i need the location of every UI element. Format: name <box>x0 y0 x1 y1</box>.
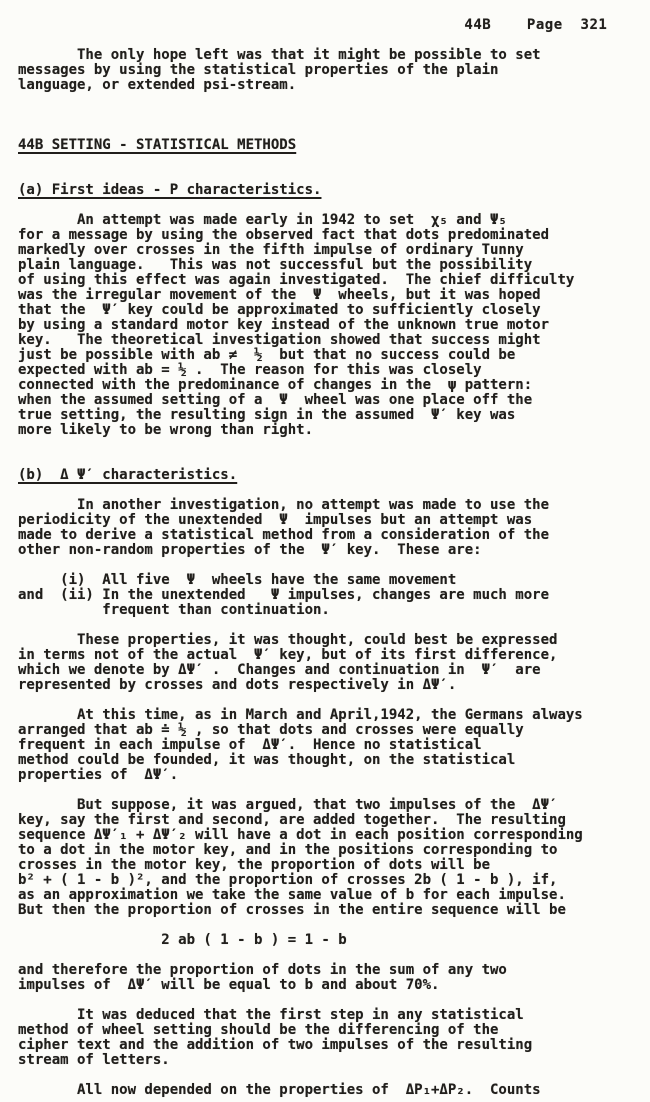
blank-line <box>18 948 650 963</box>
text-line: b² + ( 1 - b )², and the proportion of c… <box>18 873 650 888</box>
equation-line: 2 ab ( 1 - b ) = 1 - b <box>18 933 650 948</box>
blank-line <box>18 198 650 213</box>
blank-line <box>18 558 650 573</box>
blank-line <box>18 618 650 633</box>
text-line: sequence ΔΨ′₁ + ΔΨ′₂ will have a dot in … <box>18 828 650 843</box>
text-line: arranged that ab ≐ ½ , so that dots and … <box>18 723 650 738</box>
text-line: true setting, the resulting sign in the … <box>18 408 650 423</box>
text-line: connected with the predominance of chang… <box>18 378 650 393</box>
text-line: But suppose, it was argued, that two imp… <box>18 798 650 813</box>
section-heading: (a) First ideas - P characteristics. <box>18 183 650 198</box>
text-line: An attempt was made early in 1942 to set… <box>18 213 650 228</box>
text-line: crosses in the motor key, the proportion… <box>18 858 650 873</box>
text-line: messages by using the statistical proper… <box>18 63 650 78</box>
blank-line <box>18 168 650 183</box>
document-body: 44B Page 321 The only hope left was that… <box>18 18 650 1098</box>
text-line: At this time, as in March and April,1942… <box>18 708 650 723</box>
text-line: All now depended on the properties of ΔP… <box>18 1083 650 1098</box>
text-line: key, say the first and second, are added… <box>18 813 650 828</box>
text-line: of using this effect was again investiga… <box>18 273 650 288</box>
text-line: represented by crosses and dots respecti… <box>18 678 650 693</box>
blank-line <box>18 453 650 468</box>
text-line: by using a standard motor key instead of… <box>18 318 650 333</box>
blank-line <box>18 1068 650 1083</box>
blank-line <box>18 918 650 933</box>
document-page: 44B Page 321 The only hope left was that… <box>0 0 650 1102</box>
blank-line <box>18 438 650 453</box>
page-header-line: 44B Page 321 <box>18 18 650 33</box>
blank-line <box>18 108 650 123</box>
text-line: (i) All five Ψ wheels have the same move… <box>18 573 650 588</box>
text-line: frequent than continuation. <box>18 603 650 618</box>
text-line: markedly over crosses in the fifth impul… <box>18 243 650 258</box>
text-line: impulses of ΔΨ′ will be equal to b and a… <box>18 978 650 993</box>
blank-line <box>18 33 650 48</box>
text-line: It was deduced that the first step in an… <box>18 1008 650 1023</box>
blank-line <box>18 783 650 798</box>
text-line: expected with ab = ½ . The reason for th… <box>18 363 650 378</box>
section-heading: 44B SETTING - STATISTICAL METHODS <box>18 138 650 153</box>
text-line: method of wheel setting should be the di… <box>18 1023 650 1038</box>
section-heading: (b) Δ Ψ′ characteristics. <box>18 468 650 483</box>
text-line: in terms not of the actual Ψ′ key, but o… <box>18 648 650 663</box>
text-line: The only hope left was that it might be … <box>18 48 650 63</box>
text-line: when the assumed setting of a Ψ wheel wa… <box>18 393 650 408</box>
text-line: key. The theoretical investigation showe… <box>18 333 650 348</box>
text-line: more likely to be wrong than right. <box>18 423 650 438</box>
blank-line <box>18 153 650 168</box>
text-line: cipher text and the addition of two impu… <box>18 1038 650 1053</box>
text-line: that the Ψ′ key could be approximated to… <box>18 303 650 318</box>
text-line: language, or extended psi-stream. <box>18 78 650 93</box>
text-line: was the irregular movement of the Ψ whee… <box>18 288 650 303</box>
blank-line <box>18 123 650 138</box>
text-line: periodicity of the unextended Ψ impulses… <box>18 513 650 528</box>
text-line: method could be founded, it was thought,… <box>18 753 650 768</box>
text-line: But then the proportion of crosses in th… <box>18 903 650 918</box>
text-line: which we denote by ΔΨ′ . Changes and con… <box>18 663 650 678</box>
blank-line <box>18 693 650 708</box>
blank-line <box>18 93 650 108</box>
text-line: for a message by using the observed fact… <box>18 228 650 243</box>
text-line: to a dot in the motor key, and in the po… <box>18 843 650 858</box>
text-line: frequent in each impulse of ΔΨ′. Hence n… <box>18 738 650 753</box>
text-line: just be possible with ab ≠ ½ but that no… <box>18 348 650 363</box>
text-line: made to derive a statistical method from… <box>18 528 650 543</box>
text-line: properties of ΔΨ′. <box>18 768 650 783</box>
text-line: These properties, it was thought, could … <box>18 633 650 648</box>
text-line: stream of letters. <box>18 1053 650 1068</box>
text-line: as an approximation we take the same val… <box>18 888 650 903</box>
text-line: plain language. This was not successful … <box>18 258 650 273</box>
text-line: and (ii) In the unextended Ψ impulses, c… <box>18 588 650 603</box>
text-line: In another investigation, no attempt was… <box>18 498 650 513</box>
blank-line <box>18 483 650 498</box>
text-line: other non-random properties of the Ψ′ ke… <box>18 543 650 558</box>
text-line: and therefore the proportion of dots in … <box>18 963 650 978</box>
blank-line <box>18 993 650 1008</box>
